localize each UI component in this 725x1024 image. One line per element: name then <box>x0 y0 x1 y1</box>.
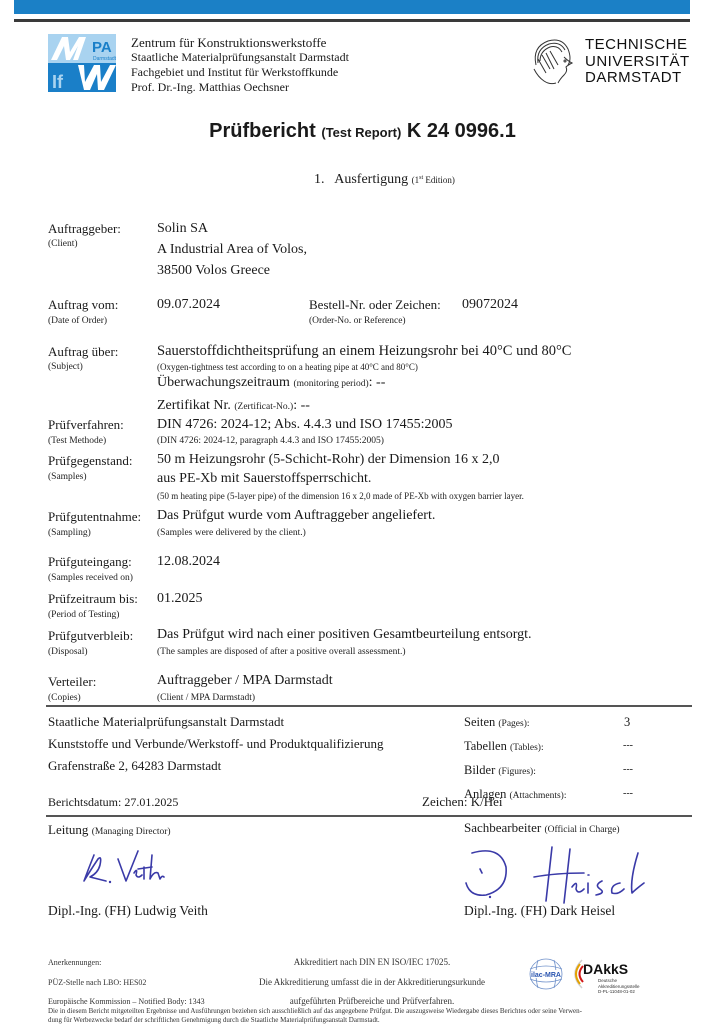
subject-label: Auftrag über: <box>48 344 118 360</box>
section-divider <box>46 705 692 707</box>
certificate-number: Zertifikat Nr. (Zertificat-No.): -- <box>157 398 310 414</box>
method-sublabel: (Test Methode) <box>48 436 106 446</box>
recognitions: Anerkennungen: PÜZ-Stelle nach LBO: HES0… <box>48 953 205 1012</box>
received-label: Prüfguteingang: <box>48 554 132 570</box>
top-rule <box>14 19 690 22</box>
monitoring-period: Überwachungszeitraum (monitoring period)… <box>157 375 385 391</box>
order-no-sublabel: (Order-No. or Reference) <box>309 316 406 326</box>
sampling-value-en: (Samples were delivered by the client.) <box>157 528 306 538</box>
page-title: Prüfbericht (Test Report) K 24 0996.1 <box>0 120 725 143</box>
svg-text:If: If <box>52 72 64 92</box>
svg-text:Darmstadt: Darmstadt <box>93 56 116 62</box>
institution-line: Staatliche Materialprüfungsanstalt Darms… <box>131 50 349 65</box>
institution-block: Zentrum für Konstruktionswerkstoffe Staa… <box>131 35 349 95</box>
dakks-name: DAkkS <box>583 961 628 977</box>
copies-sublabel: (Copies) <box>48 693 81 703</box>
order-date-label: Auftrag vom: <box>48 297 118 313</box>
edition-label: Ausfertigung <box>334 172 408 187</box>
ilac-mra-logo-icon: ilac-MRA <box>528 957 564 991</box>
disposal-sublabel: (Disposal) <box>48 647 88 657</box>
certificate-value: : -- <box>293 398 310 413</box>
top-color-bar <box>14 0 690 14</box>
signature-veith <box>80 845 170 890</box>
managing-director-role: Leitung (Managing Director) <box>48 822 171 838</box>
certificate-sublabel: (Zertificat-No.) <box>234 402 293 412</box>
order-no-label: Bestell-Nr. oder Zeichen: <box>309 297 441 313</box>
samples-sublabel: (Samples) <box>48 472 87 482</box>
order-no-value: 09072024 <box>462 297 518 313</box>
sampling-label: Prüfgutentnahme: <box>48 509 141 525</box>
period-label: Prüfzeitraum bis: <box>48 591 138 607</box>
samples-value-line2: aus PE-Xb mit Sauerstoffsperrschicht. <box>157 471 371 487</box>
lab-address: Staatliche Materialprüfungsanstalt Darms… <box>48 711 383 777</box>
wordmark-line: TECHNISCHE <box>585 37 690 54</box>
dakks-details: Deutsche Akkreditierungsstelle D-PL-1104… <box>598 978 640 995</box>
official-in-charge-name: Dipl.-Ing. (FH) Dark Heisel <box>464 903 615 919</box>
copies-value: Auftraggeber / MPA Darmstadt <box>157 673 333 689</box>
client-city: 38500 Volos Greece <box>157 263 270 279</box>
role-label: Sachbearbeiter <box>464 820 541 835</box>
official-in-charge-role: Sachbearbeiter (Official in Charge) <box>464 820 620 836</box>
reference-code: Zeichen: K/Hei <box>422 794 503 810</box>
recognition-line: PÜZ-Stelle nach LBO: HES02 <box>48 973 205 993</box>
address-line: Staatliche Materialprüfungsanstalt Darms… <box>48 711 383 733</box>
count-pages: Seiten (Pages):3 <box>464 711 644 735</box>
svg-text:PA: PA <box>92 39 112 56</box>
subject-value-en: (Oxygen-tightness test according to on a… <box>157 362 418 372</box>
client-name: Solin SA <box>157 221 208 237</box>
client-label: Auftraggeber: <box>48 221 121 237</box>
samples-value-line1: 50 m Heizungsrohr (5-Schicht-Rohr) der D… <box>157 452 500 468</box>
samples-label: Prüfgegenstand: <box>48 453 132 469</box>
institution-line: Prof. Dr.-Ing. Matthias Oechsner <box>131 80 349 95</box>
monitoring-value: : -- <box>369 375 386 390</box>
count-tables: Tabellen (Tables):--- <box>464 735 644 759</box>
copies-value-en: (Client / MPA Darmstadt) <box>157 693 255 703</box>
disclaimer: Die in diesem Bericht mitgeteilten Ergeb… <box>48 1007 698 1024</box>
report-number: K 24 0996.1 <box>407 120 516 142</box>
disposal-label: Prüfgutverbleib: <box>48 628 133 644</box>
samples-value-en: (50 m heating pipe (5-layer pipe) of the… <box>157 491 524 501</box>
period-sublabel: (Period of Testing) <box>48 610 119 620</box>
disposal-value: Das Prüfgut wird nach einer positiven Ge… <box>157 627 532 643</box>
tu-darmstadt-athene-icon <box>528 35 576 87</box>
accreditation-statement: Akkreditiert nach DIN EN ISO/IEC 17025. … <box>232 953 512 1012</box>
recognition-line: Anerkennungen: <box>48 953 205 973</box>
disposal-value-en: (The samples are disposed of after a pos… <box>157 647 406 657</box>
order-date-sublabel: (Date of Order) <box>48 316 107 326</box>
copies-label: Verteiler: <box>48 674 96 690</box>
document-counts: Seiten (Pages):3 Tabellen (Tables):--- B… <box>464 711 644 807</box>
role-label: Leitung <box>48 822 88 837</box>
received-sublabel: (Samples received on) <box>48 573 133 583</box>
edition-line: 1. Ausfertigung (1st Edition) <box>314 172 455 188</box>
managing-director-name: Dipl.-Ing. (FH) Ludwig Veith <box>48 903 208 919</box>
sampling-value: Das Prüfgut wurde vom Auftraggeber angel… <box>157 508 435 524</box>
certificate-label: Zertifikat Nr. <box>157 398 231 413</box>
method-value-en: (DIN 4726: 2024-12, paragraph 4.4.3 and … <box>157 436 384 446</box>
edition-number: 1. <box>314 172 325 187</box>
wordmark-line: DARMSTADT <box>585 70 690 87</box>
section-divider <box>46 815 692 817</box>
institution-line: Zentrum für Konstruktionswerkstoffe <box>131 35 349 50</box>
title-sub: (Test Report) <box>321 125 401 140</box>
client-address: A Industrial Area of Volos, <box>157 242 307 258</box>
role-sublabel: (Official in Charge) <box>544 825 619 835</box>
mpa-ifw-logo-icon: PA Darmstadt If <box>48 34 116 92</box>
disclaimer-line: Die in diesem Bericht mitgeteilten Ergeb… <box>48 1007 698 1016</box>
count-figures: Bilder (Figures):--- <box>464 759 644 783</box>
title-main: Prüfbericht <box>209 120 316 142</box>
wordmark-line: UNIVERSITÄT <box>585 54 690 71</box>
address-line: Kunststoffe und Verbunde/Werkstoff- und … <box>48 733 383 755</box>
tu-darmstadt-wordmark: TECHNISCHE UNIVERSITÄT DARMSTADT <box>585 37 690 87</box>
subject-sublabel: (Subject) <box>48 362 83 372</box>
dakks-line: D-PL-11048-01-02 <box>598 989 640 995</box>
accreditation-line: Die Akkreditierung umfasst die in der Ak… <box>232 973 512 993</box>
address-line: Grafenstraße 2, 64283 Darmstadt <box>48 755 383 777</box>
method-value: DIN 4726: 2024-12; Abs. 4.4.3 und ISO 17… <box>157 417 453 433</box>
received-value: 12.08.2024 <box>157 554 220 570</box>
period-value: 01.2025 <box>157 591 203 607</box>
order-date-value: 09.07.2024 <box>157 297 220 313</box>
accreditation-line: Akkreditiert nach DIN EN ISO/IEC 17025. <box>232 953 512 973</box>
monitoring-label: Überwachungszeitraum <box>157 375 290 390</box>
disclaimer-line: dung für Werbezwecke bedarf der schriftl… <box>48 1016 698 1024</box>
monitoring-sublabel: (monitoring period) <box>293 379 368 389</box>
subject-value: Sauerstoffdichtheitsprüfung an einem Hei… <box>157 343 571 360</box>
method-label: Prüfverfahren: <box>48 417 124 433</box>
sampling-sublabel: (Sampling) <box>48 528 91 538</box>
svg-text:ilac-MRA: ilac-MRA <box>531 972 561 979</box>
edition-sub: (1st Edition) <box>412 175 455 185</box>
signature-heisel <box>460 843 650 905</box>
institution-line: Fachgebiet und Institut für Werkstoffkun… <box>131 65 349 80</box>
role-sublabel: (Managing Director) <box>92 827 171 837</box>
client-sublabel: (Client) <box>48 239 78 249</box>
report-date: Berichtsdatum: 27.01.2025 <box>48 795 178 810</box>
dakks-arcs-icon <box>566 956 584 992</box>
